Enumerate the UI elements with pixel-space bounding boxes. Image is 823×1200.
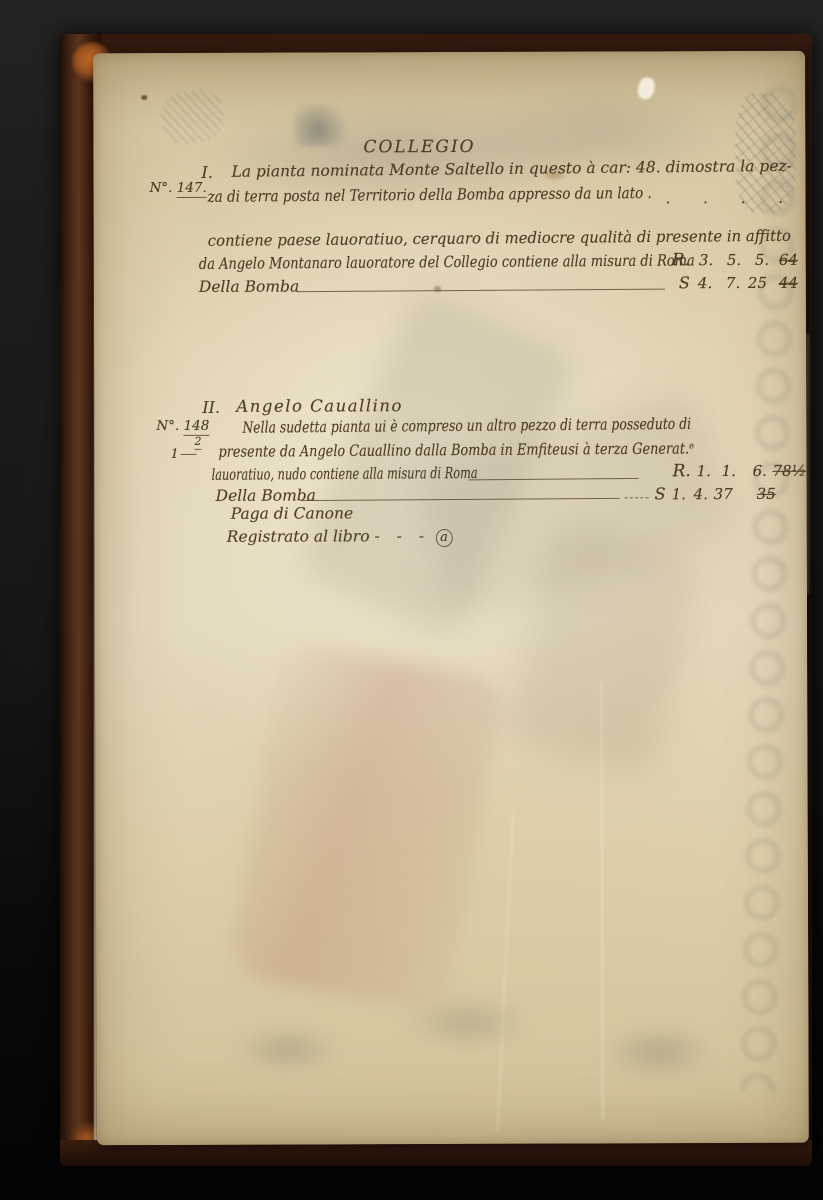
entry1-measure-c3: 5. [755, 251, 769, 269]
manuscript-book: COLLEGIO I. La pianta nominata Monte Sal… [60, 34, 812, 1166]
show-through-cross-a [294, 285, 579, 639]
entry2-line1: Nella sudetta pianta ui è compreso un al… [242, 415, 691, 437]
entry2-sum-c1: 1. [672, 485, 686, 503]
entry2-note-registrato: Registrato al libro - - -a [227, 527, 453, 548]
entry1-ruled-line [297, 289, 665, 293]
entry2-margin-no: 148 [184, 418, 210, 436]
white-chip [636, 76, 657, 101]
entry2-sum-c3: 37 [714, 485, 733, 503]
entry2-dash-segment [469, 478, 639, 480]
garland-show-through-bottom [206, 976, 786, 1108]
entry1-margin-number: N°. 147. [150, 180, 207, 196]
entry2-index: II. [202, 398, 220, 417]
show-through-cross-c [499, 520, 706, 777]
entry2-measure-unit: R. [673, 461, 691, 481]
entry2-sum-label: Della Bomba [216, 486, 316, 504]
entry1-sum-label: Della Bomba [199, 278, 299, 296]
entry2-ruled-line [302, 498, 620, 501]
crease-line-a [600, 681, 604, 1121]
entry2-registrato-mark: a [436, 529, 453, 547]
entry2-margin-prefix: N°. [156, 418, 179, 434]
entry1-sum-c1: 4. [698, 274, 712, 292]
entry2-measure-c2: 1. [722, 462, 736, 480]
entry1-line2a: contiene paese lauoratiuo, cerquaro di m… [208, 227, 791, 250]
entry2-measure-c3: 6. [753, 462, 767, 480]
ink-speck-a [141, 95, 147, 100]
entry2-sum-unit: S [655, 484, 666, 503]
entry1-margin-prefix: N°. [150, 180, 173, 196]
entry2-name: Angelo Cauallino [236, 396, 403, 416]
entry2-margin-dash [181, 454, 197, 455]
entry2-sum-c4: 35 [757, 485, 776, 503]
entry2-ruled-line-dashes [625, 497, 649, 498]
entry2-margin-frac-bottom-digit: 1 [170, 447, 178, 462]
entry2-sum-c2: 4. [694, 485, 708, 503]
page-title: COLLEGIO [363, 137, 475, 157]
title-smudge [293, 104, 353, 146]
entry2-margin-number: N°. 148 [156, 418, 209, 434]
entry1-line2b: da Angelo Montanaro lauoratore del Colle… [199, 251, 695, 272]
entry2-registrato-label: Registrato al libro [227, 527, 370, 545]
entry1-measure-c4: 64 [779, 251, 798, 269]
entry1-measure-c1: 3. [699, 251, 713, 269]
hatch-marks-top-left [158, 87, 227, 147]
entry2-measure-c1: 1. [697, 462, 711, 480]
entry1-sum-c3: 25 [748, 274, 767, 292]
entry1-line1a: La pianta nominata Monte Saltello in que… [231, 157, 792, 181]
entry2-line2: presente da Angelo Cauallino dalla Bomba… [218, 439, 694, 460]
entry1-sum-c2: 7. [726, 274, 740, 292]
crease-line-b [496, 812, 514, 1132]
manuscript-photograph: COLLEGIO I. La pianta nominata Monte Sal… [0, 0, 823, 1200]
entry2-line3: lauoratiuo, nudo contiene alla misura di… [212, 464, 478, 484]
entry2-registrato-dots: - - - [374, 527, 426, 545]
entry2-note-canone: Paga di Canone [231, 504, 354, 522]
entry1-margin-no: 147. [177, 180, 207, 198]
pink-stain-band [229, 641, 509, 1014]
entry2-measure-c4: 78½ [773, 462, 807, 480]
entry1-sum-c4: 44 [779, 274, 798, 292]
entry1-measure-c2: 5. [727, 251, 741, 269]
entry1-sum-unit: S [679, 273, 690, 292]
entry1-trailing-dots: . . . . [666, 189, 785, 207]
entry1-measure-unit: R. [672, 250, 690, 270]
entry1-line1b: za di terra posta nel Territorio della B… [208, 184, 652, 206]
entry2-margin-frac-bottom: 1 [170, 447, 196, 462]
vellum-page: COLLEGIO I. La pianta nominata Monte Sal… [93, 51, 809, 1145]
